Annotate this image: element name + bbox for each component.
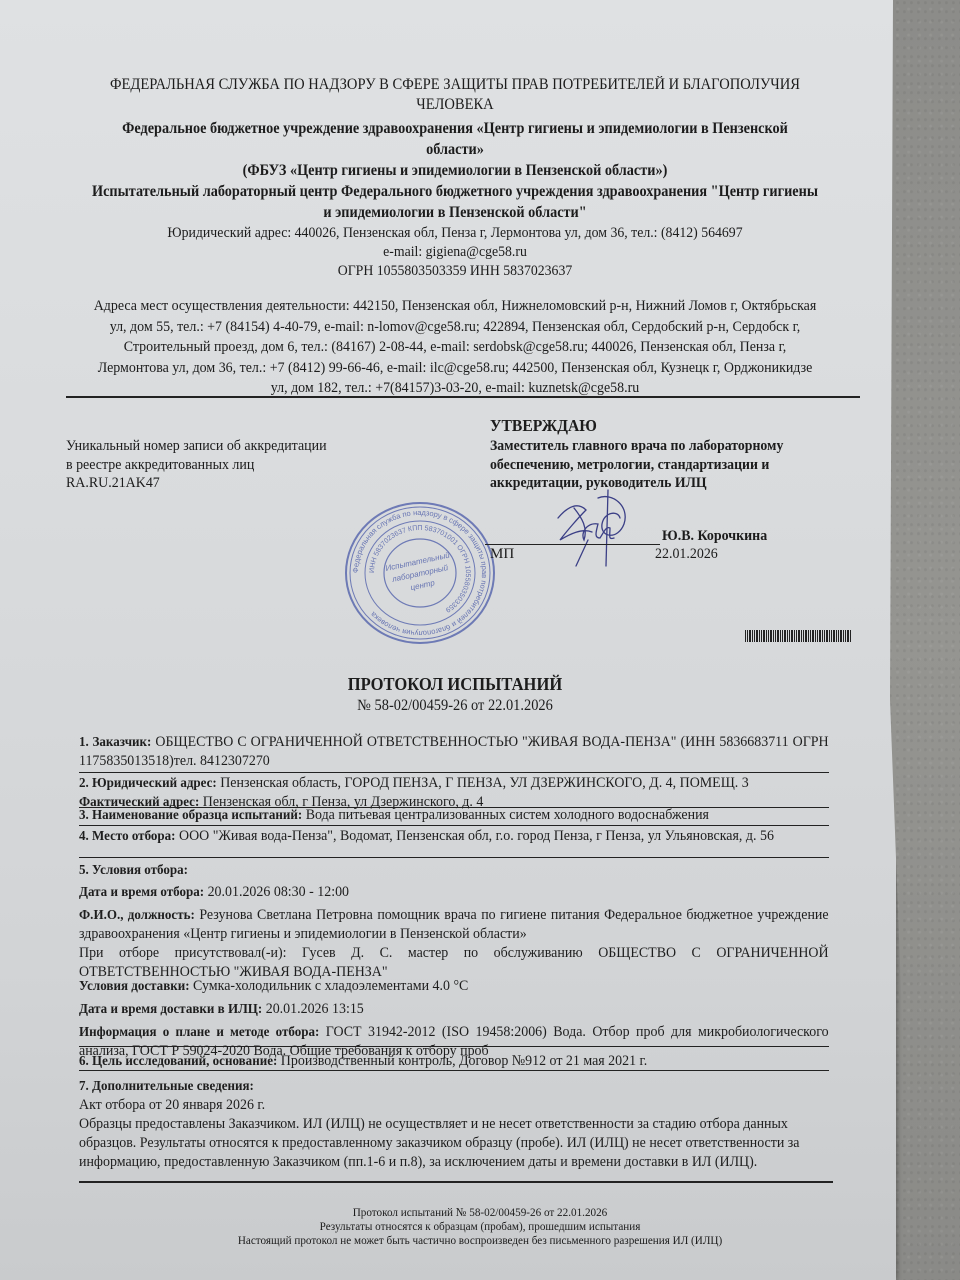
document-page: ФЕДЕРАЛЬНАЯ СЛУЖБА ПО НАДЗОРУ В СФЕРЕ ЗА… bbox=[0, 0, 896, 1280]
sampler-row: Ф.И.О., должность: Резунова Светлана Пет… bbox=[79, 906, 829, 982]
sample-name-label: 3. Наименование образца испытаний: bbox=[79, 808, 302, 823]
sampling-place-value: ООО "Живая вода-Пенза", Водомат, Пензенс… bbox=[179, 828, 774, 844]
signature-line bbox=[485, 544, 660, 545]
ogrn-inn: ОГРН 1055803503359 ИНН 5837023637 bbox=[92, 262, 819, 281]
stamp-place-label: МП bbox=[490, 546, 514, 563]
sampling-plan-label: Информация о плане и методе отбора: bbox=[79, 1025, 319, 1040]
section-divider bbox=[79, 1181, 833, 1183]
institution-name: Федеральное бюджетное учреждение здравоо… bbox=[92, 118, 819, 160]
section-divider bbox=[79, 1070, 829, 1071]
section-purpose: 6. Цель исследований, основание: Произво… bbox=[79, 1052, 829, 1071]
lab-center-name: Испытательный лабораторный центр Федерал… bbox=[92, 181, 819, 223]
seal-stamp-icon: Федеральная служба по надзору в сфере за… bbox=[340, 498, 500, 648]
activity-addresses: Адреса мест осуществления деятельности: … bbox=[88, 296, 823, 399]
section-divider bbox=[79, 1046, 829, 1047]
institution-short-name: (ФБУЗ «Центр гигиены и эпидемиологии в П… bbox=[92, 160, 819, 181]
section-divider bbox=[79, 857, 829, 858]
disclaimer-note: Образцы предоставлены Заказчиком. ИЛ (ИЛ… bbox=[79, 1115, 829, 1172]
delivery-datetime-row: Дата и время доставки в ИЛЦ: 20.01.2026 … bbox=[79, 1000, 829, 1019]
delivery-datetime-label: Дата и время доставки в ИЛЦ: bbox=[79, 1002, 262, 1017]
footer: Протокол испытаний № 58-02/00459-26 от 2… bbox=[220, 1205, 741, 1247]
signature-icon bbox=[548, 488, 658, 568]
additional-info-label: 7. Дополнительные сведения: bbox=[79, 1079, 254, 1094]
delivery-datetime-value: 20.01.2026 13:15 bbox=[266, 1001, 364, 1017]
document-number: № 58-02/00459-26 от 22.01.2026 bbox=[88, 697, 823, 715]
section-additional-info: 7. Дополнительные сведения: Акт отбора о… bbox=[79, 1077, 829, 1172]
sampling-datetime-value: 20.01.2026 08:30 - 12:00 bbox=[208, 884, 349, 900]
email: e-mail: gigiena@cge58.ru bbox=[92, 243, 819, 262]
purpose-label: 6. Цель исследований, основание: bbox=[79, 1054, 277, 1069]
legal-address: Юридический адрес: 440026, Пензенская об… bbox=[92, 224, 819, 243]
section-sampling-place: 4. Место отбора: ООО "Живая вода-Пенза",… bbox=[79, 827, 829, 846]
approval-date: 22.01.2026 bbox=[655, 546, 718, 563]
approval-title: УТВЕРЖДАЮ bbox=[490, 416, 597, 436]
section-sampling-conditions: 5. Условия отбора: bbox=[79, 861, 829, 880]
sampling-place-label: 4. Место отбора: bbox=[79, 829, 176, 844]
accreditation-line-1: Уникальный номер записи об аккредитации bbox=[66, 437, 401, 456]
sampling-datetime-row: Дата и время отбора: 20.01.2026 08:30 - … bbox=[79, 883, 829, 902]
legal-address-label: 2. Юридический адрес: bbox=[79, 776, 217, 791]
delivery-conditions-value: Сумка-холодильник с хладоэлементами 4.0 … bbox=[193, 978, 468, 994]
agency-heading: ФЕДЕРАЛЬНАЯ СЛУЖБА ПО НАДЗОРУ В СФЕРЕ ЗА… bbox=[84, 75, 827, 115]
sampler-label: Ф.И.О., должность: bbox=[79, 908, 195, 923]
sampling-act: Акт отбора от 20 января 2026 г. bbox=[79, 1096, 829, 1115]
customer-value: ОБЩЕСТВО С ОГРАНИЧЕННОЙ ОТВЕТСТВЕННОСТЬЮ… bbox=[79, 734, 829, 769]
approval-role: Заместитель главного врача по лабораторн… bbox=[490, 437, 821, 493]
accreditation-number: RA.RU.21AK47 bbox=[66, 474, 401, 493]
svg-text:центр: центр bbox=[410, 578, 436, 592]
delivery-conditions-label: Условия доставки: bbox=[79, 979, 190, 994]
barcode-icon bbox=[745, 630, 851, 642]
footer-reproduction-note: Настоящий протокол не может быть частичн… bbox=[220, 1233, 741, 1247]
footer-protocol-number: Протокол испытаний № 58-02/00459-26 от 2… bbox=[220, 1205, 741, 1219]
section-customer: 1. Заказчик: ОБЩЕСТВО С ОГРАНИЧЕННОЙ ОТВ… bbox=[79, 733, 829, 771]
accreditation-line-2: в реестре аккредитованных лиц bbox=[66, 456, 401, 475]
institution-block: Федеральное бюджетное учреждение здравоо… bbox=[92, 118, 819, 181]
legal-address-value: Пензенская область, ГОРОД ПЕНЗА, Г ПЕНЗА… bbox=[220, 775, 749, 791]
sample-name-value: Вода питьевая централизованных систем хо… bbox=[306, 807, 709, 823]
footer-results-note: Результаты относятся к образцам (пробам)… bbox=[220, 1219, 741, 1233]
signatory-name: Ю.В. Корочкина bbox=[662, 528, 767, 545]
document-title: ПРОТОКОЛ ИСПЫТАНИЙ bbox=[92, 674, 819, 695]
header-divider bbox=[66, 396, 860, 398]
purpose-value: Производственный контроль, Договор №912 … bbox=[281, 1053, 647, 1069]
section-sample-name: 3. Наименование образца испытаний: Вода … bbox=[79, 806, 829, 825]
customer-label: 1. Заказчик: bbox=[79, 735, 151, 750]
accreditation-block: Уникальный номер записи об аккредитации … bbox=[66, 437, 401, 493]
delivery-conditions-row: Условия доставки: Сумка-холодильник с хл… bbox=[79, 977, 829, 996]
sampling-datetime-label: Дата и время отбора: bbox=[79, 885, 204, 900]
sampling-conditions-label: 5. Условия отбора: bbox=[79, 863, 188, 878]
contact-block: Юридический адрес: 440026, Пензенская об… bbox=[92, 224, 819, 281]
